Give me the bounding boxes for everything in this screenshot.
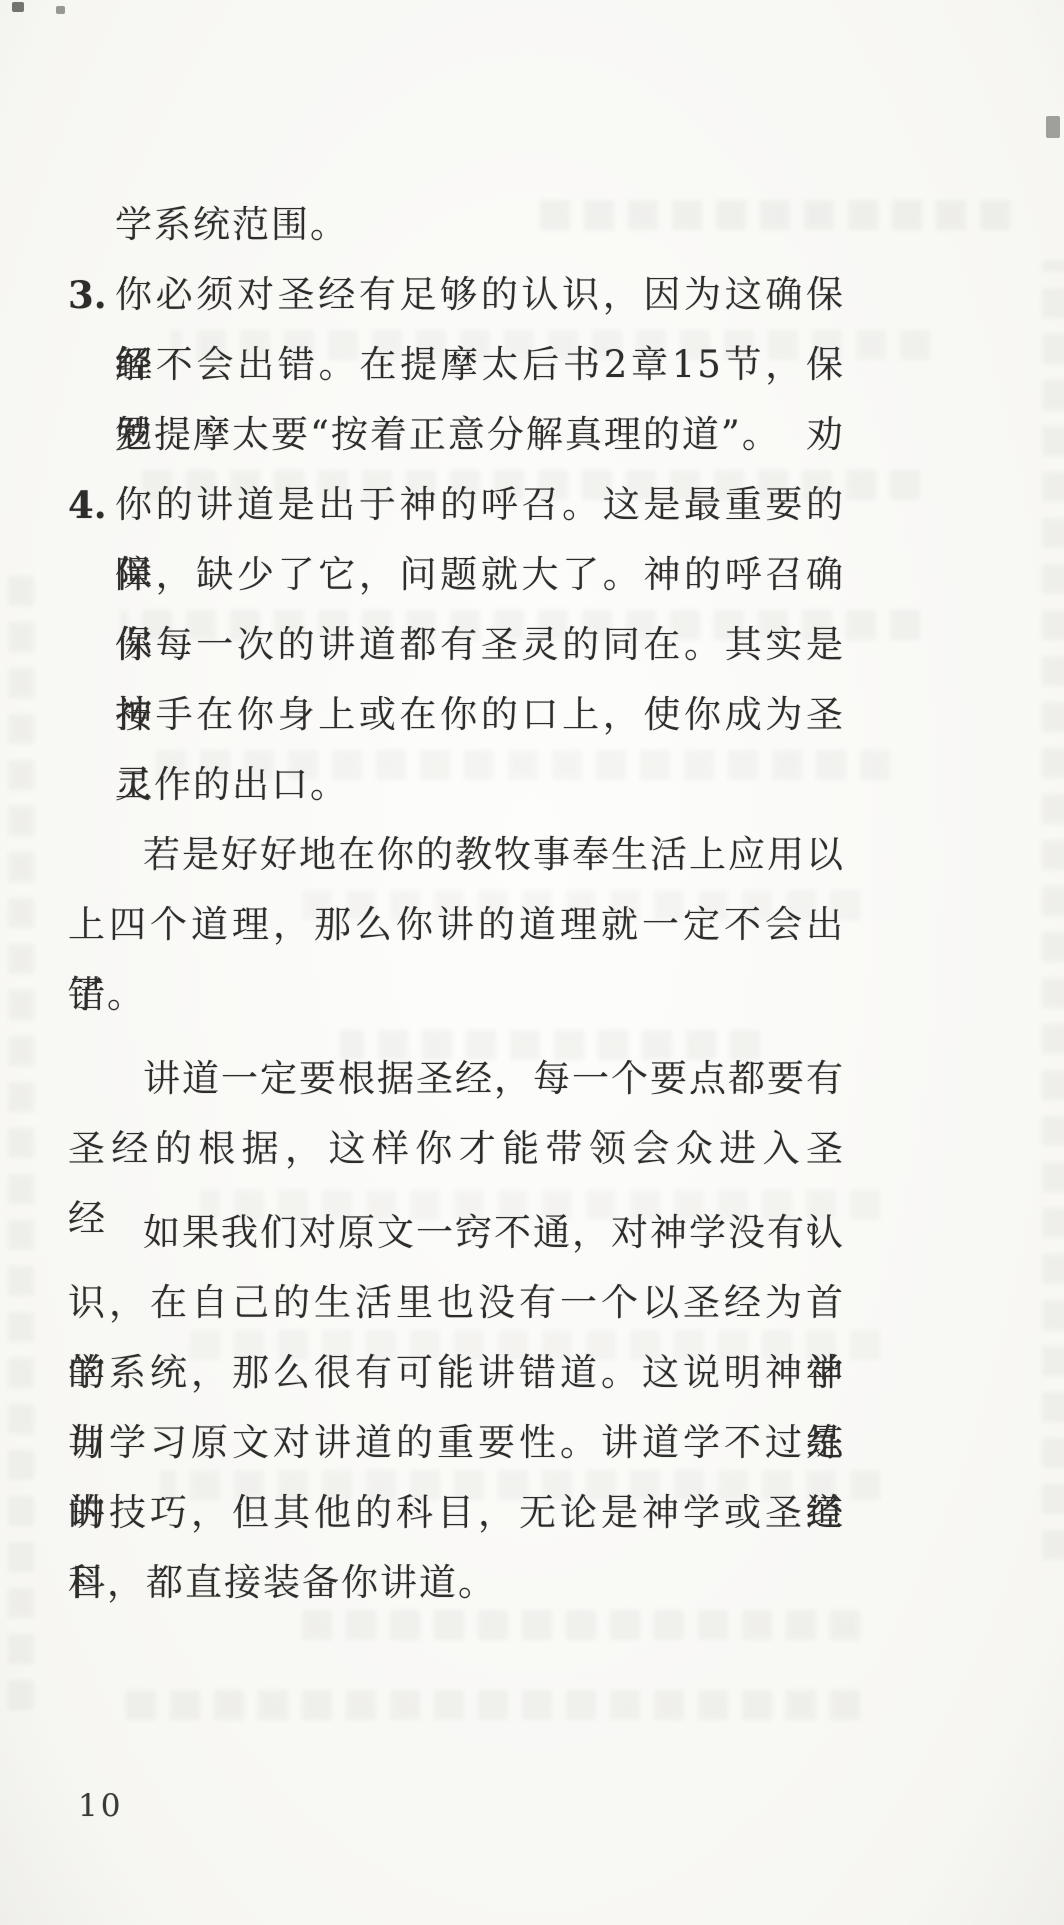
list-marker: 3.: [68, 260, 115, 330]
text-line: 按手在你身上或在你的口上，使你成为圣灵: [68, 680, 845, 750]
paragraph-line: 学系统，那么很有可能讲错道。这说明神学训练: [68, 1338, 845, 1408]
list-marker: [68, 400, 115, 470]
paragraph-line: 若是好好地在你的教牧事奉生活上应用以: [68, 820, 845, 890]
paragraph-line: 的技巧，但其他的科目，无论是神学或圣经科: [68, 1478, 845, 1548]
paragraph-line: 与学习原文对讲道的重要性。讲道学不过是讲道: [68, 1408, 845, 1478]
text-line: 经不会出错。在提摩太后书2章15节，保罗劝: [68, 330, 845, 400]
list-marker: [68, 540, 115, 610]
list-item-3: 3. 你必须对圣经有足够的认识，因为这确保解: [68, 260, 845, 330]
list-marker: [68, 330, 115, 400]
text-line: 你每一次的讲道都有圣灵的同在。其实是神: [68, 610, 845, 680]
scan-speck: [56, 6, 65, 14]
list-marker: 4.: [68, 470, 115, 540]
text-line: 学系统范围。: [68, 190, 845, 260]
scan-speck: [12, 2, 24, 12]
paragraph-line: 如果我们对原文一窍不通，对神学没有认: [68, 1198, 845, 1268]
list-marker: [68, 750, 115, 820]
list-item-4: 4. 你的讲道是出于神的呼召。这是最重要的保: [68, 470, 845, 540]
text-line: 工作的出口。: [68, 750, 845, 820]
page-text: 学系统范围。 3. 你必须对圣经有足够的认识，因为这确保解 经不会出错。在提摩太…: [0, 190, 1064, 1618]
scan-speck: [1046, 116, 1060, 138]
paragraph-line: 了。: [68, 960, 845, 1030]
page-number: 10: [78, 1788, 123, 1824]
paragraph-line: 上四个道理，那么你讲的道理就一定不会出错: [68, 890, 845, 960]
paragraph-line: 识，在自己的生活里也没有一个以圣经为首的神: [68, 1268, 845, 1338]
list-marker: [68, 190, 115, 260]
paragraph-line: 讲道一定要根据圣经，每一个要点都要有: [68, 1044, 845, 1114]
list-marker: [68, 680, 115, 750]
paragraph-line: 目，都直接装备你讲道。: [68, 1548, 845, 1618]
book-page: 学系统范围。 3. 你必须对圣经有足够的认识，因为这确保解 经不会出错。在提摩太…: [0, 0, 1064, 1925]
paragraph-line: 圣经的根据，这样你才能带领会众进入圣经。: [68, 1114, 845, 1184]
text-line: 障，缺少了它，问题就大了。神的呼召确保: [68, 540, 845, 610]
text-line: 勉提摩太要“按着正意分解真理的道”。: [68, 400, 845, 470]
list-marker: [68, 610, 115, 680]
bleed-through-artifact: [120, 1690, 860, 1720]
